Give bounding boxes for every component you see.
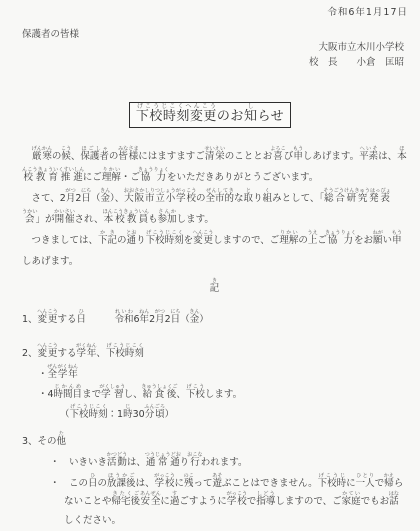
principal-name: 校 長 小倉 匡昭 (309, 55, 404, 70)
sender-block: 大阪市立木川小学校 校 長 小倉 匡昭 (309, 40, 404, 70)
school-name: 大阪市立木川小学校 (309, 40, 404, 55)
bullet-after-school-guidance: ・ この日ひの放課後ほうかごは、学校がっこうに残のこって遊あそぶことはできません… (22, 473, 407, 531)
paragraph-greeting: 厳寒げんかんの候こう、保護者ほごしゃの皆様みなさまにはますますご清栄せいえいのこ… (22, 146, 407, 188)
document-body: 厳寒げんかんの候こう、保護者ほごしゃの皆様みなさまにはますますご清栄せいえいのこ… (22, 146, 407, 530)
note-dismissal-time: （下校時刻げこうじこく：1時じ30分頃ふんごろ） (22, 404, 407, 424)
section-marker-ki: 記き (22, 278, 407, 299)
list-item-other-heading: 3、その他た (22, 431, 407, 452)
paragraph-reason: さて、2月がつ2日にち（金きん）、大阪市立小学校おおさかしりつしょうがっこうの全… (22, 188, 407, 230)
bullet-all-grades: ・全学年ぜんがくねん (22, 364, 407, 384)
bullet-ikiiki-activity: ・ いきいき活動かつどうは、通常通つうじょうどおり行おこなわれます。 (22, 452, 407, 473)
title-row: 下校時刻変更げこうじこくへんこうのお知しらせ (0, 102, 420, 128)
document-page: 令和6年1月17日 保護者の皆様 大阪市立木川小学校 校 長 小倉 匡昭 下校時… (0, 0, 420, 531)
document-date: 令和6年1月17日 (327, 4, 408, 18)
list-item-change-date: 1、変更へんこうする日ひ 令和れいわ6年ねん2月がつ2日にち（金きん） (22, 309, 407, 330)
recipient-line: 保護者の皆様 (22, 26, 79, 40)
bullet-schedule: ・4時間目じかんめまで学習がくしゅうし、給食後きゅうしょくご、下校げこうします。 (22, 384, 407, 404)
list-item-grades-times-heading: 2、変更へんこうする学年がくねん、下校時刻げこうじこく (22, 343, 407, 364)
paragraph-request: つきましては、下記かきの通とおり下校時刻げこうじこくを変更へんこうしますので、ご… (22, 230, 407, 272)
document-title: 下校時刻変更げこうじこくへんこうのお知しらせ (129, 102, 291, 128)
